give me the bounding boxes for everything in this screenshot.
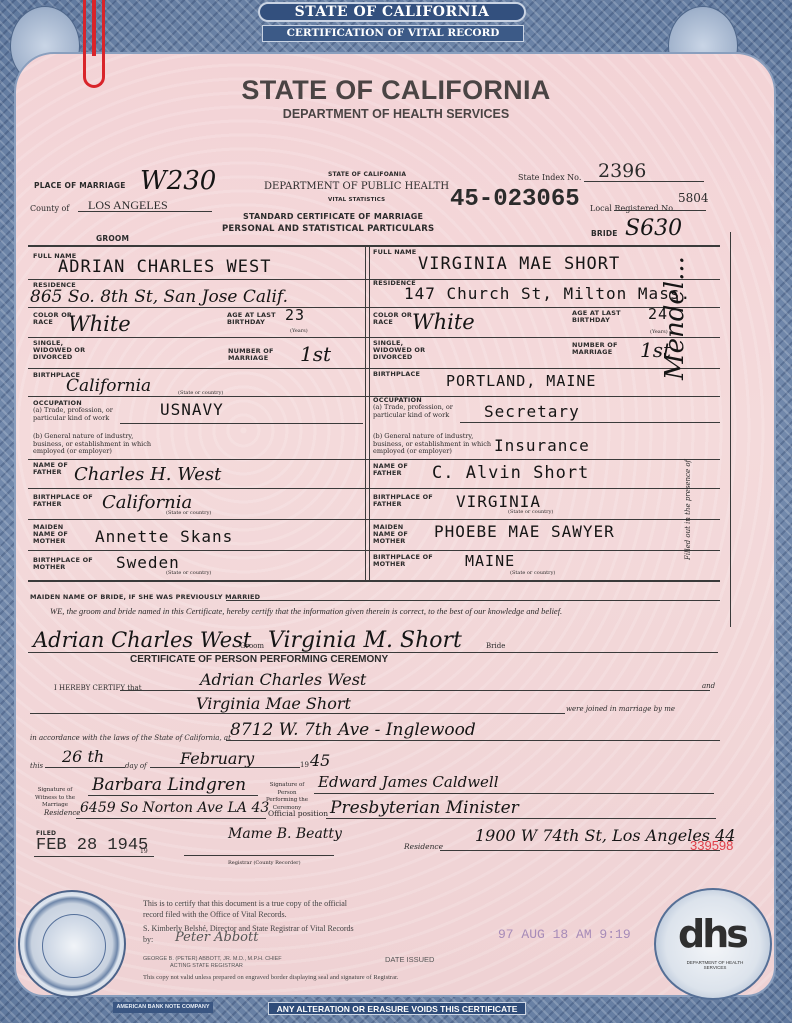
ceremony-day: 26 th <box>62 747 104 766</box>
year-prefix: 19 <box>300 762 309 770</box>
groom-father-birthplace-hint: (State or country) <box>166 510 211 518</box>
certification-line-2: record filed with the Office of Vital Re… <box>143 909 463 920</box>
border-banner-bottom: ANY ALTERATION OR ERASURE VOIDS THIS CER… <box>268 1002 526 1015</box>
grid-center-divider <box>365 245 366 580</box>
groom-birthplace-hint: (State or country) <box>178 390 223 398</box>
bride-occupation-b-label: (b) General nature of industry, business… <box>373 433 493 456</box>
witness-residence-label: Residence <box>44 810 80 818</box>
form-title-line-1: STANDARD CERTIFICATE OF MARRIAGE <box>243 213 423 220</box>
ceremony-year: 45 <box>310 751 330 770</box>
bride-mother-label: MAIDEN NAME OF MOTHER <box>373 524 419 545</box>
bride-color-label: COLOR OR RACE <box>373 312 413 326</box>
declaration-statement: WE, the groom and bride named in this Ce… <box>50 605 720 617</box>
groom-residence: 865 So. 8th St, San Jose Calif. <box>30 287 288 307</box>
groom-occupation-a-underline <box>120 423 363 424</box>
bride-signature-label: Bride <box>486 643 505 651</box>
state-index-value: 2396 <box>598 160 646 182</box>
witness-underline <box>88 795 258 796</box>
officiant-residence-label: Residence <box>404 843 443 851</box>
validity-note: This copy not valid unless prepared on e… <box>143 972 398 983</box>
ceremony-groom-underline <box>120 690 710 691</box>
groom-marriage-number-label: NUMBER OF MARRIAGE <box>228 348 284 362</box>
row-rule-father-birthplace <box>28 519 720 520</box>
bride-birthplace: PORTLAND, MAINE <box>446 372 596 390</box>
groom-mother-birthplace-label: BIRTHPLACE OF MOTHER <box>33 557 93 571</box>
ceremony-bride-name: Virginia Mae Short <box>196 694 351 713</box>
bride-full-name: VIRGINIA MAE SHORT <box>418 254 620 274</box>
registrar-signer-title: ACTING STATE REGISTRAR <box>170 963 243 969</box>
bride-mother: PHOEBE MAE SAWYER <box>434 522 615 541</box>
registrar-signer-name: GEORGE B. (PETER) ABBOTT, JR. M.D., M.P.… <box>143 956 282 962</box>
groom-signature-label: Groom <box>240 643 264 651</box>
groom-father: Charles H. West <box>74 464 221 485</box>
maiden-name-underline <box>226 600 720 601</box>
position-label: Official position <box>268 810 328 818</box>
grid-center-divider-2 <box>369 245 370 580</box>
certification-line-1: This is to certify that this document is… <box>143 898 463 909</box>
state-line: STATE OF CALIFOANIA <box>328 171 406 178</box>
groom-column-label: GROOM <box>96 235 129 242</box>
witness-residence: 6459 So Norton Ave LA 43 <box>80 800 269 816</box>
filed-underline <box>34 856 154 857</box>
row-rule-father <box>28 488 720 489</box>
groom-mother-birthplace-hint: (State or country) <box>166 570 211 578</box>
groom-mother-label: MAIDEN NAME OF MOTHER <box>33 524 79 545</box>
page-subtitle: DEPARTMENT OF HEALTH SERVICES <box>0 107 792 121</box>
registrar-underline <box>184 855 334 856</box>
day-of-label: day of <box>125 763 147 771</box>
department-line: DEPARTMENT OF PUBLIC HEALTH <box>264 181 449 192</box>
row-rule-occupation <box>28 459 720 460</box>
groom-birthplace: California <box>66 376 151 396</box>
border-banner-top: STATE OF CALIFORNIA <box>258 2 526 22</box>
state-index-label: State Index No. <box>518 174 581 182</box>
dhs-caption: DEPARTMENT OF HEALTH SERVICES <box>680 960 750 970</box>
vital-statistics-line: VITAL STATISTICS <box>328 197 385 204</box>
certificate-stamp-number: 45-023065 <box>450 186 580 213</box>
this-label: this <box>30 763 43 771</box>
signature-underline <box>28 652 718 653</box>
side-note-divider <box>730 232 731 627</box>
groom-father-birthplace-label: BIRTHPLACE OF FATHER <box>33 494 93 508</box>
bride-occupation-a: Secretary <box>484 402 580 421</box>
groom-mother: Annette Skans <box>95 527 233 546</box>
form-title-line-2: PERSONAL AND STATISTICAL PARTICULARS <box>222 226 434 233</box>
registrar-label: Registrar (County Recorder) <box>228 860 301 868</box>
grid-top-rule <box>28 245 720 247</box>
ceremony-location: 8712 W. 7th Ave - Inglewood <box>230 720 476 740</box>
ceremony-title: CERTIFICATE OF PERSON PERFORMING CEREMON… <box>130 654 388 665</box>
row-rule-residence <box>28 307 720 308</box>
bride-residence: 147 Church St, Milton Mass. <box>404 284 691 303</box>
groom-years-label: (Years) <box>290 328 308 336</box>
grid-bottom-rule <box>28 580 720 582</box>
date-issued-label: DATE ISSUED <box>385 955 434 964</box>
registrar-signer-signature: Peter Abbott <box>175 930 258 945</box>
bride-father-birthplace-hint: (State or country) <box>508 509 553 517</box>
day-underline <box>45 767 125 768</box>
serial-number: 339598 <box>690 838 733 853</box>
bride-birthplace-label: BIRTHPLACE <box>373 371 420 378</box>
witness-signature: Barbara Lindgren <box>92 775 246 795</box>
groom-color: White <box>68 312 131 336</box>
bride-mother-birthplace: MAINE <box>465 552 515 570</box>
groom-occupation-a-label: (a) Trade, profession, or particular kin… <box>33 407 133 422</box>
groom-status-label: SINGLE, WIDOWED OR DIVORCED <box>33 340 87 361</box>
certify-label: I HEREBY CERTIFY that <box>54 685 142 693</box>
bride-color: White <box>412 310 475 334</box>
groom-age-label: AGE AT LAST BIRTHDAY <box>227 312 287 326</box>
officiant-signature: Edward James Caldwell <box>318 773 499 791</box>
ceremony-month: February <box>180 749 254 768</box>
groom-marriage-number: 1st <box>300 342 331 366</box>
position-underline <box>326 818 716 819</box>
bride-status-label: SINGLE, WIDOWED OR DIVORCED <box>373 340 427 361</box>
county-label: County of <box>30 205 69 213</box>
groom-occupation-b-label: (b) General nature of industry, business… <box>33 433 153 456</box>
officiant-underline <box>314 793 714 794</box>
bride-mother-birthplace-hint: (State or country) <box>510 570 555 578</box>
laws-label: in accordance with the laws of the State… <box>30 735 231 743</box>
printer-mark: AMERICAN BANK NOTE COMPANY <box>113 1002 213 1013</box>
state-seal-inner <box>42 914 106 978</box>
joined-label: were joined in marriage by me <box>566 706 675 714</box>
bride-full-name-label: FULL NAME <box>373 249 416 256</box>
officiant-label: Signature of Person Performing the Cerem… <box>262 782 312 812</box>
bride-age-label: AGE AT LAST BIRTHDAY <box>572 310 632 324</box>
groom-full-name: ADRIAN CHARLES WEST <box>58 257 271 277</box>
page-title: STATE OF CALIFORNIA <box>0 75 792 106</box>
registrar-signature: Mame B. Beatty <box>228 826 342 842</box>
bride-father-label: NAME OF FATHER <box>373 463 413 477</box>
bride-marriage-number-label: NUMBER OF MARRIAGE <box>572 342 628 356</box>
dhs-logo-text: dhs <box>678 912 746 956</box>
witness-label: Signature of Witness to the Marriage <box>30 787 80 810</box>
state-seal-icon <box>18 890 126 998</box>
row-rule-color <box>28 337 720 338</box>
bride-father: C. Alvin Short <box>432 463 589 483</box>
row-rule-mother <box>28 550 720 551</box>
witness-residence-underline <box>76 818 266 819</box>
place-of-marriage-value: W230 <box>140 166 216 196</box>
groom-signature: Adrian Charles West <box>33 628 251 652</box>
border-banner-subtitle: CERTIFICATION OF VITAL RECORD <box>262 25 524 42</box>
side-note-signature: Mendel... <box>660 180 690 380</box>
officiant-position: Presbyterian Minister <box>330 798 519 818</box>
bride-occupation-a-label: (a) Trade, profession, or particular kin… <box>373 404 473 419</box>
county-underline <box>78 211 212 212</box>
groom-occupation-a: USNAVY <box>160 400 224 419</box>
side-note-text: Filled out in the presence of <box>685 440 693 560</box>
ceremony-location-underline <box>226 740 720 741</box>
ceremony-and-label: and <box>702 683 715 691</box>
bride-father-birthplace-label: BIRTHPLACE OF FATHER <box>373 494 433 508</box>
ceremony-bride-underline <box>30 713 565 714</box>
bride-signature: Virginia M. Short <box>268 628 462 653</box>
groom-father-label: NAME OF FATHER <box>33 462 73 476</box>
bride-mother-birthplace-label: BIRTHPLACE OF MOTHER <box>373 554 433 568</box>
bride-occupation-a-underline <box>460 422 720 423</box>
dhs-logo-icon: dhs DEPARTMENT OF HEALTH SERVICES <box>654 888 772 1000</box>
date-issued-stamp: 97 AUG 18 AM 9:19 <box>498 927 631 942</box>
groom-color-label: COLOR OR RACE <box>33 312 73 326</box>
officiant-residence-underline <box>440 850 720 851</box>
month-underline <box>150 767 300 768</box>
filed-date: FEB 28 1945 <box>36 836 148 855</box>
groom-age: 23 <box>285 306 305 324</box>
place-of-marriage-label: PLACE OF MARRIAGE <box>34 182 126 189</box>
bride-occupation-b: Insurance <box>494 436 590 455</box>
row-rule-status <box>28 368 720 369</box>
filed-suffix: 19 <box>140 848 148 856</box>
ceremony-groom-name: Adrian Charles West <box>200 670 366 689</box>
bride-column-label: BRIDE <box>591 230 618 237</box>
